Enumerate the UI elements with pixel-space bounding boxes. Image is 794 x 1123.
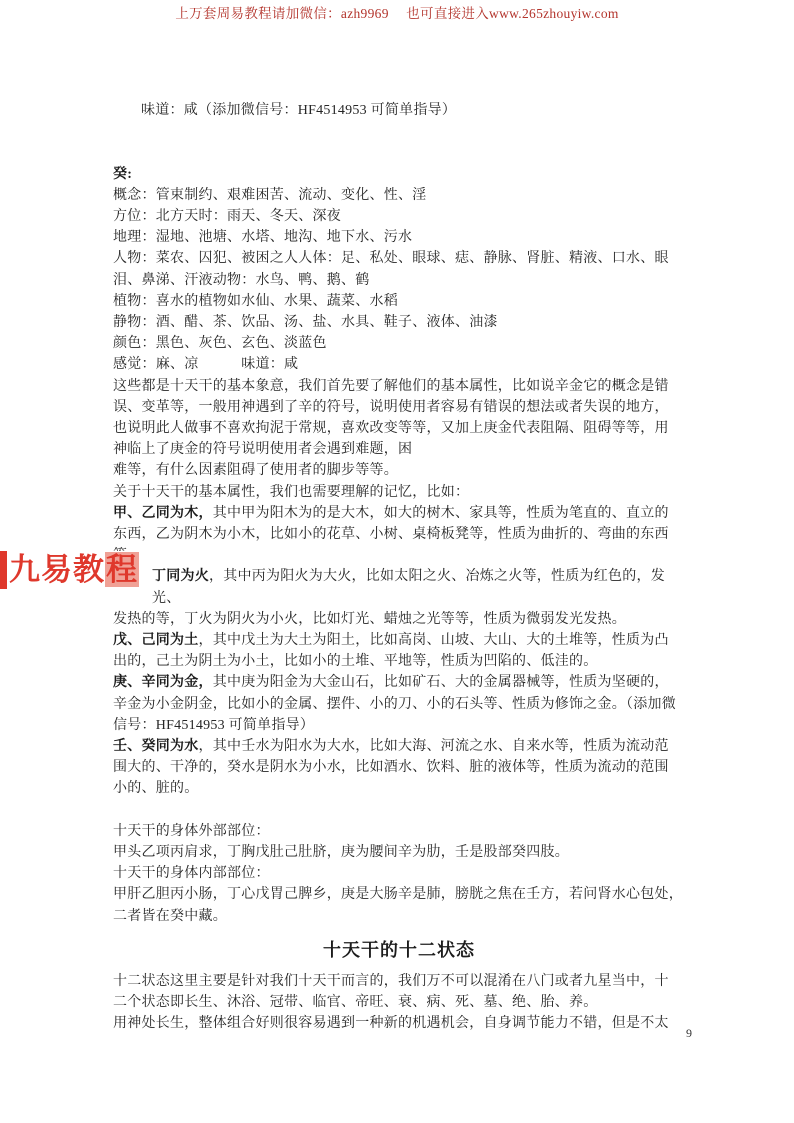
text-run: 概念：管束制约、艰难困苦、流动、变化、性、淫 xyxy=(113,188,427,203)
text-line: 十天干的身体外部部位： xyxy=(113,821,685,842)
text-line: 难等，有什么因素阻碍了使用者的脚步等等。 xyxy=(113,460,685,481)
text-line: 方位：北方天时：雨天、冬天、深夜 xyxy=(113,206,685,227)
text-line: 癸: xyxy=(113,164,685,185)
text-run: 小的、脏的。 xyxy=(113,781,199,796)
text-line: 植物：喜水的植物如水仙、水果、蔬菜、水稻 xyxy=(113,291,685,312)
text-run: 二个状态即长生、沐浴、冠带、临官、帝旺、衰、病、死、墓、绝、胎、养。 xyxy=(113,995,598,1010)
text-line: 用神处长生，整体组合好则很容易遇到一种新的机遇机会，自身调节能力不错，但是不太 xyxy=(113,1013,685,1034)
text-line: 泪、鼻涕、汗液动物：水鸟、鸭、鹅、鹤 xyxy=(113,270,685,291)
text-run: 感觉：麻、凉 味道：咸 xyxy=(113,357,298,372)
text-line: 地理：湿地、池塘、水塔、地沟、地下水、污水 xyxy=(113,227,685,248)
bold-run: 庚、辛同为金， xyxy=(113,675,213,690)
text-run: 难等，有什么因素阻碍了使用者的脚步等等。 xyxy=(113,463,398,478)
text-run: ，其中壬水为阳水为大水，比如大海、河流之水、自来水等，性质为流动范 xyxy=(199,739,669,754)
text-line: 辛金为小金阴金，比如小的金属、摆件、小的刀、小的石头等、性质为修饰之金。（添加微 xyxy=(113,694,685,715)
text-run: 泪、鼻涕、汗液动物：水鸟、鸭、鹅、鹤 xyxy=(113,273,370,288)
text-run: 植物：喜水的植物如水仙、水果、蔬菜、水稻 xyxy=(113,294,398,309)
text-run: ，其中戊土为大土为阳土，比如高岗、山坡、大山、大的土堆等，性质为凸 xyxy=(199,633,669,648)
text-run: 味道：咸（添加微信号：HF4514953 可简单指导） xyxy=(141,103,456,118)
text-run: 其中甲为阳木为的是大木，如大的树木、家具等，性质为笔直的、直立的 xyxy=(213,506,669,521)
text-run: 神临上了庚金的符号说明使用者会遇到难题，困 xyxy=(113,442,412,457)
text-run: ，其中丙为阳火为大火，比如太阳之火、冶炼之火等，性质为红色的，发光、 xyxy=(152,569,665,605)
text-line: 信号：HF4514953 可简单指导） xyxy=(113,715,685,736)
text-run: 误、变革等，一般用神遇到了辛的符号，说明使用者容易有错误的想法或者失误的地方， xyxy=(113,400,669,415)
watermark-text-highlighted: 程 xyxy=(105,552,139,587)
text-line: 戊、己同为土，其中戊土为大土为阳土，比如高岗、山坡、大山、大的土堆等，性质为凸 xyxy=(113,630,685,651)
bold-run: 癸: xyxy=(113,167,132,182)
text-run: 颜色：黑色、灰色、玄色、淡蓝色 xyxy=(113,336,327,351)
text-line: 十天干的身体内部部位： xyxy=(113,863,685,884)
blank-line xyxy=(113,800,685,821)
bold-run: 甲、乙同为木， xyxy=(113,506,213,521)
text-run: 十天干的身体内部部位： xyxy=(113,866,270,881)
bold-run: 壬、癸同为水 xyxy=(113,739,199,754)
text-run: 这些都是十天干的基本象意，我们首先要了解他们的基本属性，比如说辛金它的概念是错 xyxy=(113,379,669,394)
text-run: 发热的等，丁火为阴火为小火，比如灯光、蜡烛之光等等，性质为微弱发光发热。 xyxy=(113,612,626,627)
text-run: 甲肝乙胆丙小肠，丁心戊胃己脾乡，庚是大肠辛是肺，膀胱之焦在壬方，若问肾水心包处， xyxy=(113,887,683,902)
text-run: 甲头乙项丙肩求，丁胸戊肚己肚脐，庚为腰间辛为肋，壬是股部癸四肢。 xyxy=(113,845,569,860)
watermark-text: 九易教程 xyxy=(7,551,139,589)
text-line: 甲头乙项丙肩求，丁胸戊肚己肚脐，庚为腰间辛为肋，壬是股部癸四肢。 xyxy=(113,842,685,863)
text-run: 信号：HF4514953 可简单指导） xyxy=(113,718,314,733)
text-line: 发热的等，丁火为阴火为小火，比如灯光、蜡烛之光等等，性质为微弱发光发热。 xyxy=(113,609,685,630)
blank-line xyxy=(113,142,685,163)
text-run: 围大的、干净的，癸水是阴水为小水，比如酒水、饮料、脏的液体等，性质为流动的范围 xyxy=(113,760,669,775)
text-line: 小的、脏的。 xyxy=(113,778,685,799)
text-run: 二者皆在癸中藏。 xyxy=(113,909,227,924)
text-run: 地理：湿地、池塘、水塔、地沟、地下水、污水 xyxy=(113,230,412,245)
text-run: 东西，乙为阴木为小木，比如小的花草、小树、桌椅板凳等，性质为曲折的、弯曲的东西 xyxy=(113,527,669,542)
text-run: 十二状态这里主要是针对我们十天干而言的，我们万不可以混淆在八门或者九星当中，十 xyxy=(113,974,669,989)
text-line: 感觉：麻、凉 味道：咸 xyxy=(113,354,685,375)
text-line: 这些都是十天干的基本象意，我们首先要了解他们的基本属性，比如说辛金它的概念是错 xyxy=(113,376,685,397)
text-run: 也说明此人做事不喜欢拘泥于常规，喜欢改变等等，又加上庚金代表阻隔、阻碍等等，用 xyxy=(113,421,669,436)
bold-run: 丁同为火 xyxy=(152,569,209,584)
text-line: 庚、辛同为金，其中庚为阳金为大金山石，比如矿石、大的金属器械等，性质为坚硬的， xyxy=(113,672,685,693)
text-line: 也说明此人做事不喜欢拘泥于常规，喜欢改变等等，又加上庚金代表阻隔、阻碍等等，用 xyxy=(113,418,685,439)
watermark-red-bar-icon xyxy=(0,551,7,589)
page-number: 9 xyxy=(686,1026,692,1041)
text-line: 围大的、干净的，癸水是阴水为小水，比如酒水、饮料、脏的液体等，性质为流动的范围 xyxy=(113,757,685,778)
bold-run: 戊、己同为土 xyxy=(113,633,199,648)
text-line: 等。 xyxy=(113,545,685,566)
text-run: 用神处长生，整体组合好则很容易遇到一种新的机遇机会，自身调节能力不错，但是不太 xyxy=(113,1016,669,1031)
watermark-text-main: 九易教 xyxy=(9,552,105,587)
header-promo-text: 上万套周易教程请加微信：azh9969 也可直接进入www.265zhouyiw… xyxy=(175,6,618,21)
text-line: 东西，乙为阴木为小木，比如小的花草、小树、桌椅板凳等，性质为曲折的、弯曲的东西 xyxy=(113,524,685,545)
text-line: 关于十天干的基本属性，我们也需要理解的记忆，比如： xyxy=(113,482,685,503)
text-line: 人物：菜农、囚犯、被困之人人体：足、私处、眼球、痣、静脉、肾脏、精液、口水、眼 xyxy=(113,248,685,269)
text-run: 静物：酒、醋、茶、饮品、汤、盐、水具、鞋子、液体、油漆 xyxy=(113,315,498,330)
text-run: 十天干的身体外部部位： xyxy=(113,824,270,839)
text-line: 甲、乙同为木，其中甲为阳木为的是大木，如大的树木、家具等，性质为笔直的、直立的 xyxy=(113,503,685,524)
body-lines-upper: 味道：咸（添加微信号：HF4514953 可简单指导）癸:概念：管束制约、艰难困… xyxy=(113,100,685,927)
text-run: 关于十天干的基本属性，我们也需要理解的记忆，比如： xyxy=(113,485,469,500)
text-line: 出的，己土为阴土为小土，比如小的土堆、平地等，性质为凹陷的、低洼的。 xyxy=(113,651,685,672)
blank-line xyxy=(113,121,685,142)
document-body: 味道：咸（添加微信号：HF4514953 可简单指导）癸:概念：管束制约、艰难困… xyxy=(113,100,685,1034)
text-run: 出的，己土为阴土为小土，比如小的土堆、平地等，性质为凹陷的、低洼的。 xyxy=(113,654,598,669)
text-line: 概念：管束制约、艰难困苦、流动、变化、性、淫 xyxy=(113,185,685,206)
page-header: 上万套周易教程请加微信：azh9969 也可直接进入www.265zhouyiw… xyxy=(0,5,794,23)
text-run: 人物：菜农、囚犯、被困之人人体：足、私处、眼球、痣、静脉、肾脏、精液、口水、眼 xyxy=(113,251,669,266)
text-line: 颜色：黑色、灰色、玄色、淡蓝色 xyxy=(113,333,685,354)
text-line: 二者皆在癸中藏。 xyxy=(113,906,685,927)
text-line: 味道：咸（添加微信号：HF4514953 可简单指导） xyxy=(113,100,685,121)
section-heading: 十天干的十二状态 xyxy=(113,937,685,963)
body-lines-lower: 十二状态这里主要是针对我们十天干而言的，我们万不可以混淆在八门或者九星当中，十二… xyxy=(113,971,685,1035)
text-run: 方位：北方天时：雨天、冬天、深夜 xyxy=(113,209,341,224)
watermark-logo: 九易教程 xyxy=(0,551,139,589)
text-line: 甲肝乙胆丙小肠，丁心戊胃己脾乡，庚是大肠辛是肺，膀胱之焦在壬方，若问肾水心包处， xyxy=(113,884,685,905)
text-line: 壬、癸同为水，其中壬水为阳水为大水，比如大海、河流之水、自来水等，性质为流动范 xyxy=(113,736,685,757)
text-run: 其中庚为阳金为大金山石，比如矿石、大的金属器械等，性质为坚硬的， xyxy=(213,675,669,690)
text-line: 静物：酒、醋、茶、饮品、汤、盐、水具、鞋子、液体、油漆 xyxy=(113,312,685,333)
text-line: 丁同为火，其中丙为阳火为大火，比如太阳之火、冶炼之火等，性质为红色的，发光、 xyxy=(113,566,685,608)
text-line: 神临上了庚金的符号说明使用者会遇到难题，困 xyxy=(113,439,685,460)
text-line: 误、变革等，一般用神遇到了辛的符号，说明使用者容易有错误的想法或者失误的地方， xyxy=(113,397,685,418)
text-line: 二个状态即长生、沐浴、冠带、临官、帝旺、衰、病、死、墓、绝、胎、养。 xyxy=(113,992,685,1013)
document-page: 上万套周易教程请加微信：azh9969 也可直接进入www.265zhouyiw… xyxy=(0,0,794,1123)
text-run: 辛金为小金阴金，比如小的金属、摆件、小的刀、小的石头等、性质为修饰之金。（添加微 xyxy=(113,697,676,712)
text-line: 十二状态这里主要是针对我们十天干而言的，我们万不可以混淆在八门或者九星当中，十 xyxy=(113,971,685,992)
